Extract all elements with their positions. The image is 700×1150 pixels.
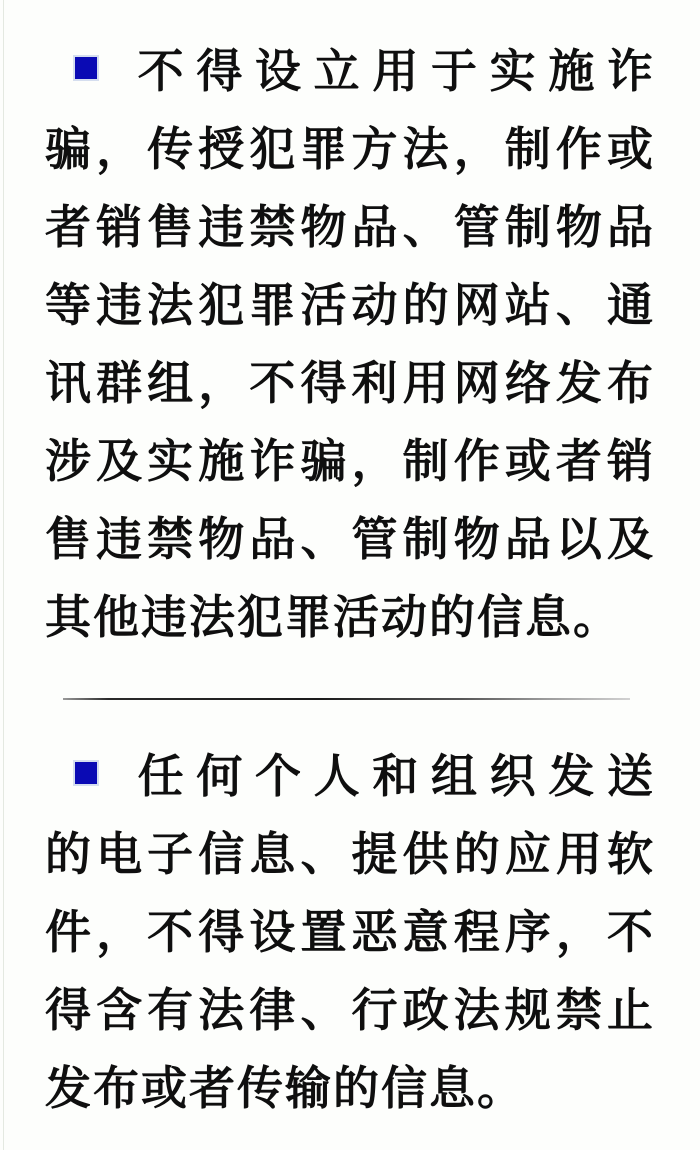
section-divider bbox=[63, 698, 630, 700]
text-line: 讯群组，不得利用网络发布 bbox=[45, 345, 655, 423]
line-text: 其他违法犯罪活动的信息。 bbox=[45, 592, 621, 643]
line-text: 讯群组，不得利用网络发布 bbox=[45, 358, 655, 409]
line-text: 骗，传授犯罪方法，制作或 bbox=[45, 124, 655, 175]
line-text: 者销售违禁物品、管制物品 bbox=[45, 202, 655, 253]
line-text: 的电子信息、提供的应用软 bbox=[45, 829, 655, 880]
line-text: 等违法犯罪活动的网站、通 bbox=[45, 280, 655, 331]
text-line: 发布或者传输的信息。 bbox=[45, 1050, 655, 1128]
text-line: 骗，传授犯罪方法，制作或 bbox=[45, 111, 655, 189]
line-text: 件，不得设置恶意程序，不 bbox=[45, 907, 655, 958]
line-text: 得含有法律、行政法规禁止 bbox=[45, 985, 655, 1036]
line-text: 涉及实施诈骗，制作或者销 bbox=[45, 436, 655, 487]
text-line: 不得设立用于实施诈 bbox=[45, 33, 655, 111]
line-text: 不得设立用于实施诈 bbox=[127, 46, 655, 97]
line-text: 任何个人和组织发送 bbox=[127, 751, 655, 802]
line-text: 发布或者传输的信息。 bbox=[45, 1063, 525, 1114]
text-line: 其他违法犯罪活动的信息。 bbox=[45, 579, 655, 657]
text-line: 得含有法律、行政法规禁止 bbox=[45, 972, 655, 1050]
text-line: 等违法犯罪活动的网站、通 bbox=[45, 267, 655, 345]
bullet-paragraph-2: 任何个人和组织发送的电子信息、提供的应用软件，不得设置恶意程序，不得含有法律、行… bbox=[45, 738, 655, 1128]
text-line: 涉及实施诈骗，制作或者销 bbox=[45, 423, 655, 501]
line-text: 售违禁物品、管制物品以及 bbox=[45, 514, 655, 565]
document-content: 不得设立用于实施诈骗，传授犯罪方法，制作或者销售违禁物品、管制物品等违法犯罪活动… bbox=[45, 0, 655, 1128]
bullet-paragraph-1: 不得设立用于实施诈骗，传授犯罪方法，制作或者销售违禁物品、管制物品等违法犯罪活动… bbox=[45, 33, 655, 657]
page-left-edge bbox=[3, 0, 4, 1150]
text-line: 任何个人和组织发送 bbox=[45, 738, 655, 816]
bullet-square-icon bbox=[75, 762, 97, 784]
text-line: 的电子信息、提供的应用软 bbox=[45, 816, 655, 894]
bullet-square-icon bbox=[75, 57, 97, 79]
text-line: 件，不得设置恶意程序，不 bbox=[45, 894, 655, 972]
text-line: 者销售违禁物品、管制物品 bbox=[45, 189, 655, 267]
text-line: 售违禁物品、管制物品以及 bbox=[45, 501, 655, 579]
